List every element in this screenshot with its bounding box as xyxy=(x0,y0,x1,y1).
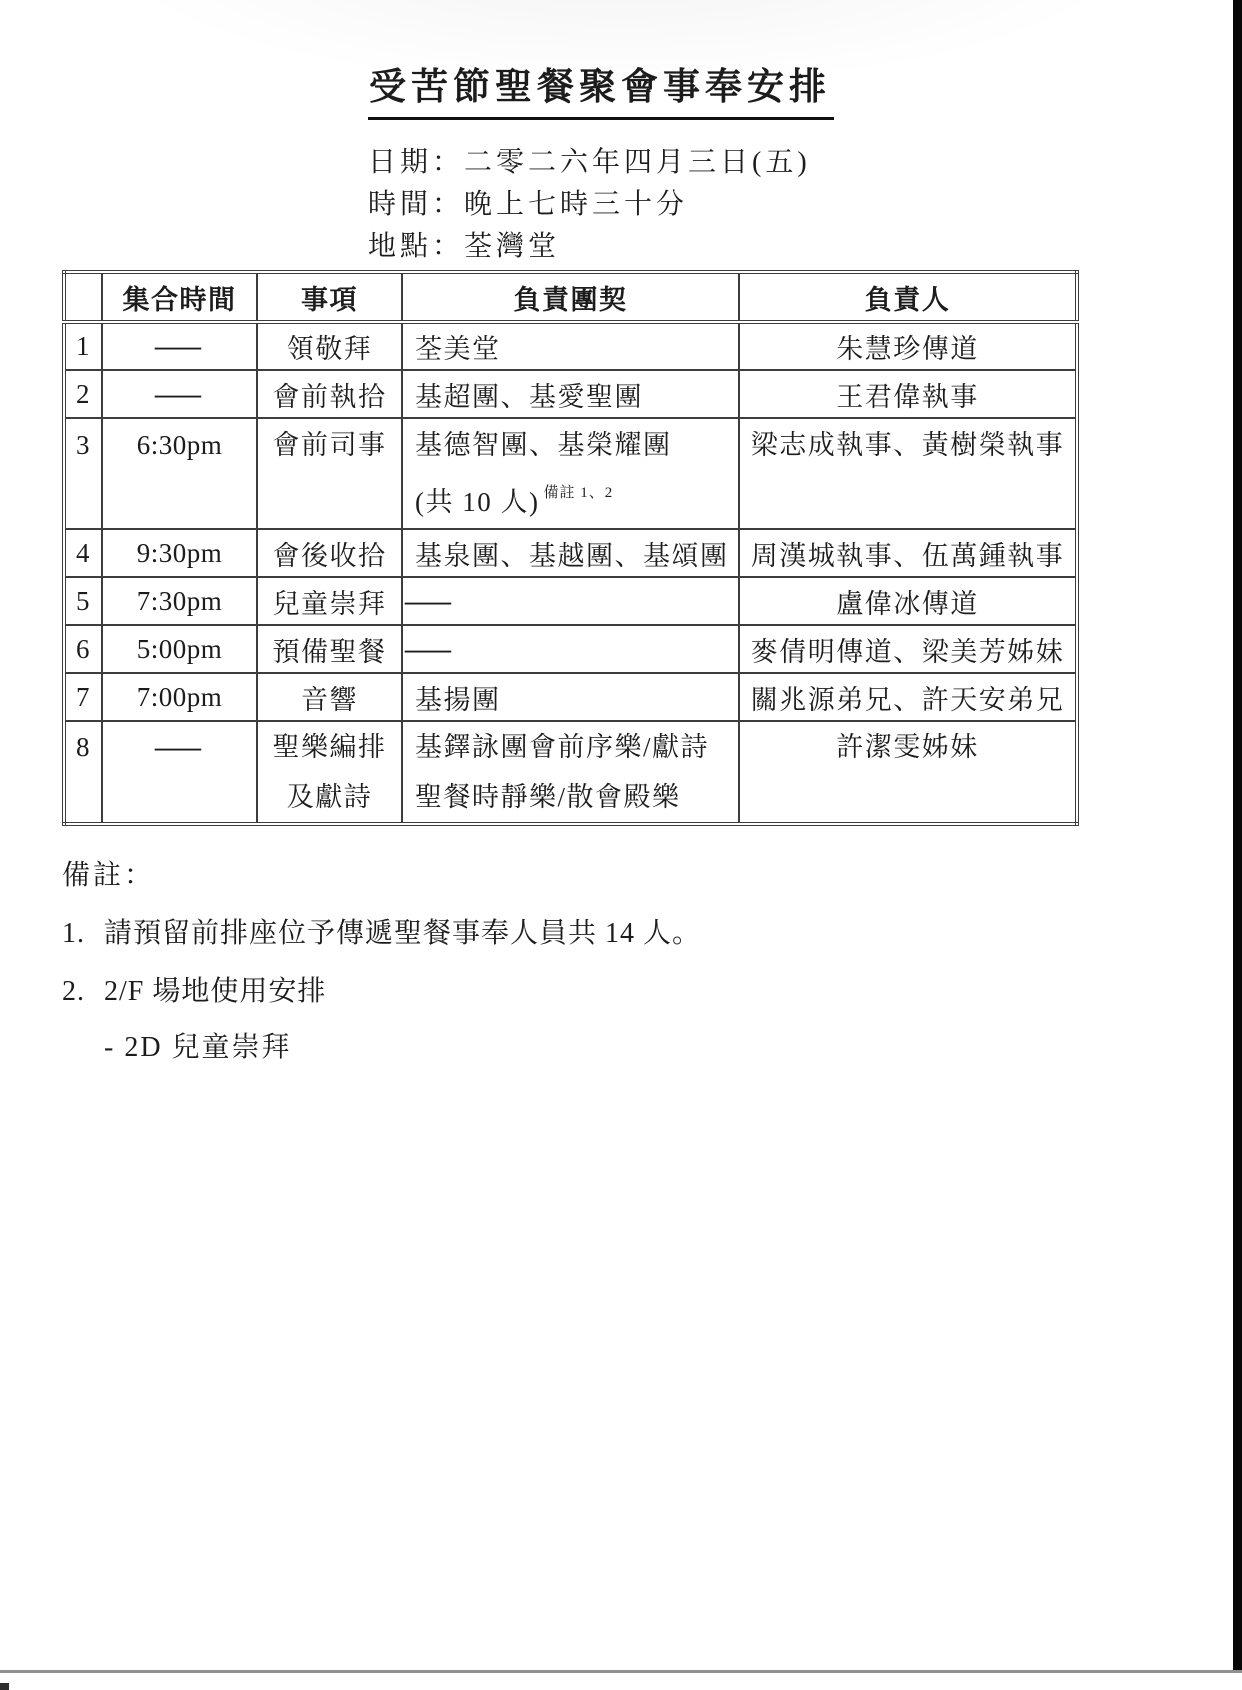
cell-time: 5:00pm xyxy=(102,625,257,673)
cell-person: 梁志成執事、黃樹榮執事 xyxy=(739,418,1077,529)
cell-time: 9:30pm xyxy=(102,529,257,577)
cell-person: 關兆源弟兄、許天安弟兄 xyxy=(739,673,1077,721)
dash-glyph: — xyxy=(405,586,453,617)
cell-item: 兒童崇拜 xyxy=(257,577,402,625)
cell-no: 3 xyxy=(64,418,102,529)
cell-time: — xyxy=(102,322,257,370)
note-reference: 備註 1、2 xyxy=(543,485,613,501)
cell-item: 會前執拾 xyxy=(257,370,402,418)
group-line-2: 聖餐時靜樂/散會殿樂 xyxy=(415,772,738,822)
table-row: 8 — 聖樂編排 及獻詩 基鐸詠團會前序樂/獻詩 聖餐時靜樂/散會殿樂 許潔雯姊… xyxy=(64,721,1077,824)
cell-no: 8 xyxy=(64,721,102,824)
page-bottom-edge xyxy=(0,1670,1242,1673)
cell-no: 5 xyxy=(64,577,102,625)
cell-group: 基德智團、基榮耀團 (共 10 人)備註 1、2 xyxy=(402,418,739,529)
cell-item: 預備聖餐 xyxy=(257,625,402,673)
notes-heading: 備註： xyxy=(62,858,701,894)
cell-no: 1 xyxy=(64,322,102,370)
dash-glyph: — xyxy=(155,722,203,772)
item-line-1: 聖樂編排 xyxy=(258,722,401,772)
cell-group: — xyxy=(402,577,739,625)
cell-person: 許潔雯姊妹 xyxy=(739,721,1077,824)
dash-glyph: — xyxy=(405,634,453,665)
cell-group: 荃美堂 xyxy=(402,322,739,370)
group-line-2: (共 10 人)備註 1、2 xyxy=(415,471,738,528)
cell-group: 基揚團 xyxy=(402,673,739,721)
note-number: 1. xyxy=(62,916,104,952)
cell-person: 朱慧珍傳道 xyxy=(739,322,1077,370)
document-header: 受苦節聖餐聚會事奉安排 日期：二零二六年四月三日(五) 時間：晚上七時三十分 地… xyxy=(368,56,834,268)
cell-time: 7:30pm xyxy=(102,577,257,625)
meta-date: 日期：二零二六年四月三日(五) xyxy=(368,142,834,184)
cell-group: 基泉團、基越團、基頌團 xyxy=(402,529,739,577)
cell-person: 麥倩明傳道、梁美芳姊妹 xyxy=(739,625,1077,673)
table-row: 5 7:30pm 兒童崇拜 — 盧偉冰傳道 xyxy=(64,577,1077,625)
table-row: 7 7:00pm 音響 基揚團 關兆源弟兄、許天安弟兄 xyxy=(64,673,1077,721)
cell-person: 周漢城執事、伍萬鍾執事 xyxy=(739,529,1077,577)
cell-person: 盧偉冰傳道 xyxy=(739,577,1077,625)
table-row: 3 6:30pm 會前司事 基德智團、基榮耀團 (共 10 人)備註 1、2 梁… xyxy=(64,418,1077,529)
cell-person: 王君偉執事 xyxy=(739,370,1077,418)
cell-time: 6:30pm xyxy=(102,418,257,529)
dash-glyph: — xyxy=(155,379,203,410)
header-item: 事項 xyxy=(257,272,402,322)
scan-corner-mark xyxy=(0,1683,9,1690)
dash-glyph: — xyxy=(155,331,203,362)
cell-item: 會後收拾 xyxy=(257,529,402,577)
note-item-1: 1.請預留前排座位予傳遞聖餐事奉人員共 14 人。 xyxy=(62,916,701,952)
cell-time: — xyxy=(102,721,257,824)
table-row: 4 9:30pm 會後收拾 基泉團、基越團、基頌團 周漢城執事、伍萬鍾執事 xyxy=(64,529,1077,577)
table-row: 6 5:00pm 預備聖餐 — 麥倩明傳道、梁美芳姊妹 xyxy=(64,625,1077,673)
note-text: 2/F 場地使用安排 xyxy=(104,976,326,1007)
header-time: 集合時間 xyxy=(102,272,257,322)
note-item-2: 2.2/F 場地使用安排 xyxy=(62,974,701,1010)
table-row: 2 — 會前執拾 基超團、基愛聖團 王君偉執事 xyxy=(64,370,1077,418)
cell-item: 音響 xyxy=(257,673,402,721)
cell-no: 7 xyxy=(64,673,102,721)
cell-no: 4 xyxy=(64,529,102,577)
page-title: 受苦節聖餐聚會事奉安排 xyxy=(368,56,834,120)
meta-block: 日期：二零二六年四月三日(五) 時間：晚上七時三十分 地點：荃灣堂 xyxy=(368,142,834,268)
header-group: 負責團契 xyxy=(402,272,739,322)
meta-time: 時間：晚上七時三十分 xyxy=(368,184,834,226)
table-row: 1 — 領敬拜 荃美堂 朱慧珍傳道 xyxy=(64,322,1077,370)
group-line-1: 基德智團、基榮耀團 xyxy=(415,419,738,471)
cell-item: 聖樂編排 及獻詩 xyxy=(257,721,402,824)
cell-group: 基超團、基愛聖團 xyxy=(402,370,739,418)
note-number: 2. xyxy=(62,974,104,1010)
header-no xyxy=(64,272,102,322)
cell-no: 2 xyxy=(64,370,102,418)
header-person: 負責人 xyxy=(739,272,1077,322)
cell-group: 基鐸詠團會前序樂/獻詩 聖餐時靜樂/散會殿樂 xyxy=(402,721,739,824)
note-item-2-sub: - 2D 兒童崇拜 xyxy=(104,1030,701,1066)
group-line-1: 基鐸詠團會前序樂/獻詩 xyxy=(415,722,738,772)
cell-group: — xyxy=(402,625,739,673)
cell-time: — xyxy=(102,370,257,418)
cell-no: 6 xyxy=(64,625,102,673)
cell-item: 會前司事 xyxy=(257,418,402,529)
duty-roster-table: 集合時間 事項 負責團契 負責人 1 — 領敬拜 荃美堂 朱慧珍傳道 2 — 會… xyxy=(62,270,1079,826)
item-line-2: 及獻詩 xyxy=(258,772,401,822)
scan-edge-right xyxy=(1233,0,1242,1672)
cell-item: 領敬拜 xyxy=(257,322,402,370)
note-text: 請預留前排座位予傳遞聖餐事奉人員共 14 人。 xyxy=(104,918,701,949)
notes-section: 備註： 1.請預留前排座位予傳遞聖餐事奉人員共 14 人。 2.2/F 場地使用… xyxy=(62,858,701,1066)
cell-time: 7:00pm xyxy=(102,673,257,721)
meta-venue: 地點：荃灣堂 xyxy=(368,226,834,268)
table-header-row: 集合時間 事項 負責團契 負責人 xyxy=(64,272,1077,322)
